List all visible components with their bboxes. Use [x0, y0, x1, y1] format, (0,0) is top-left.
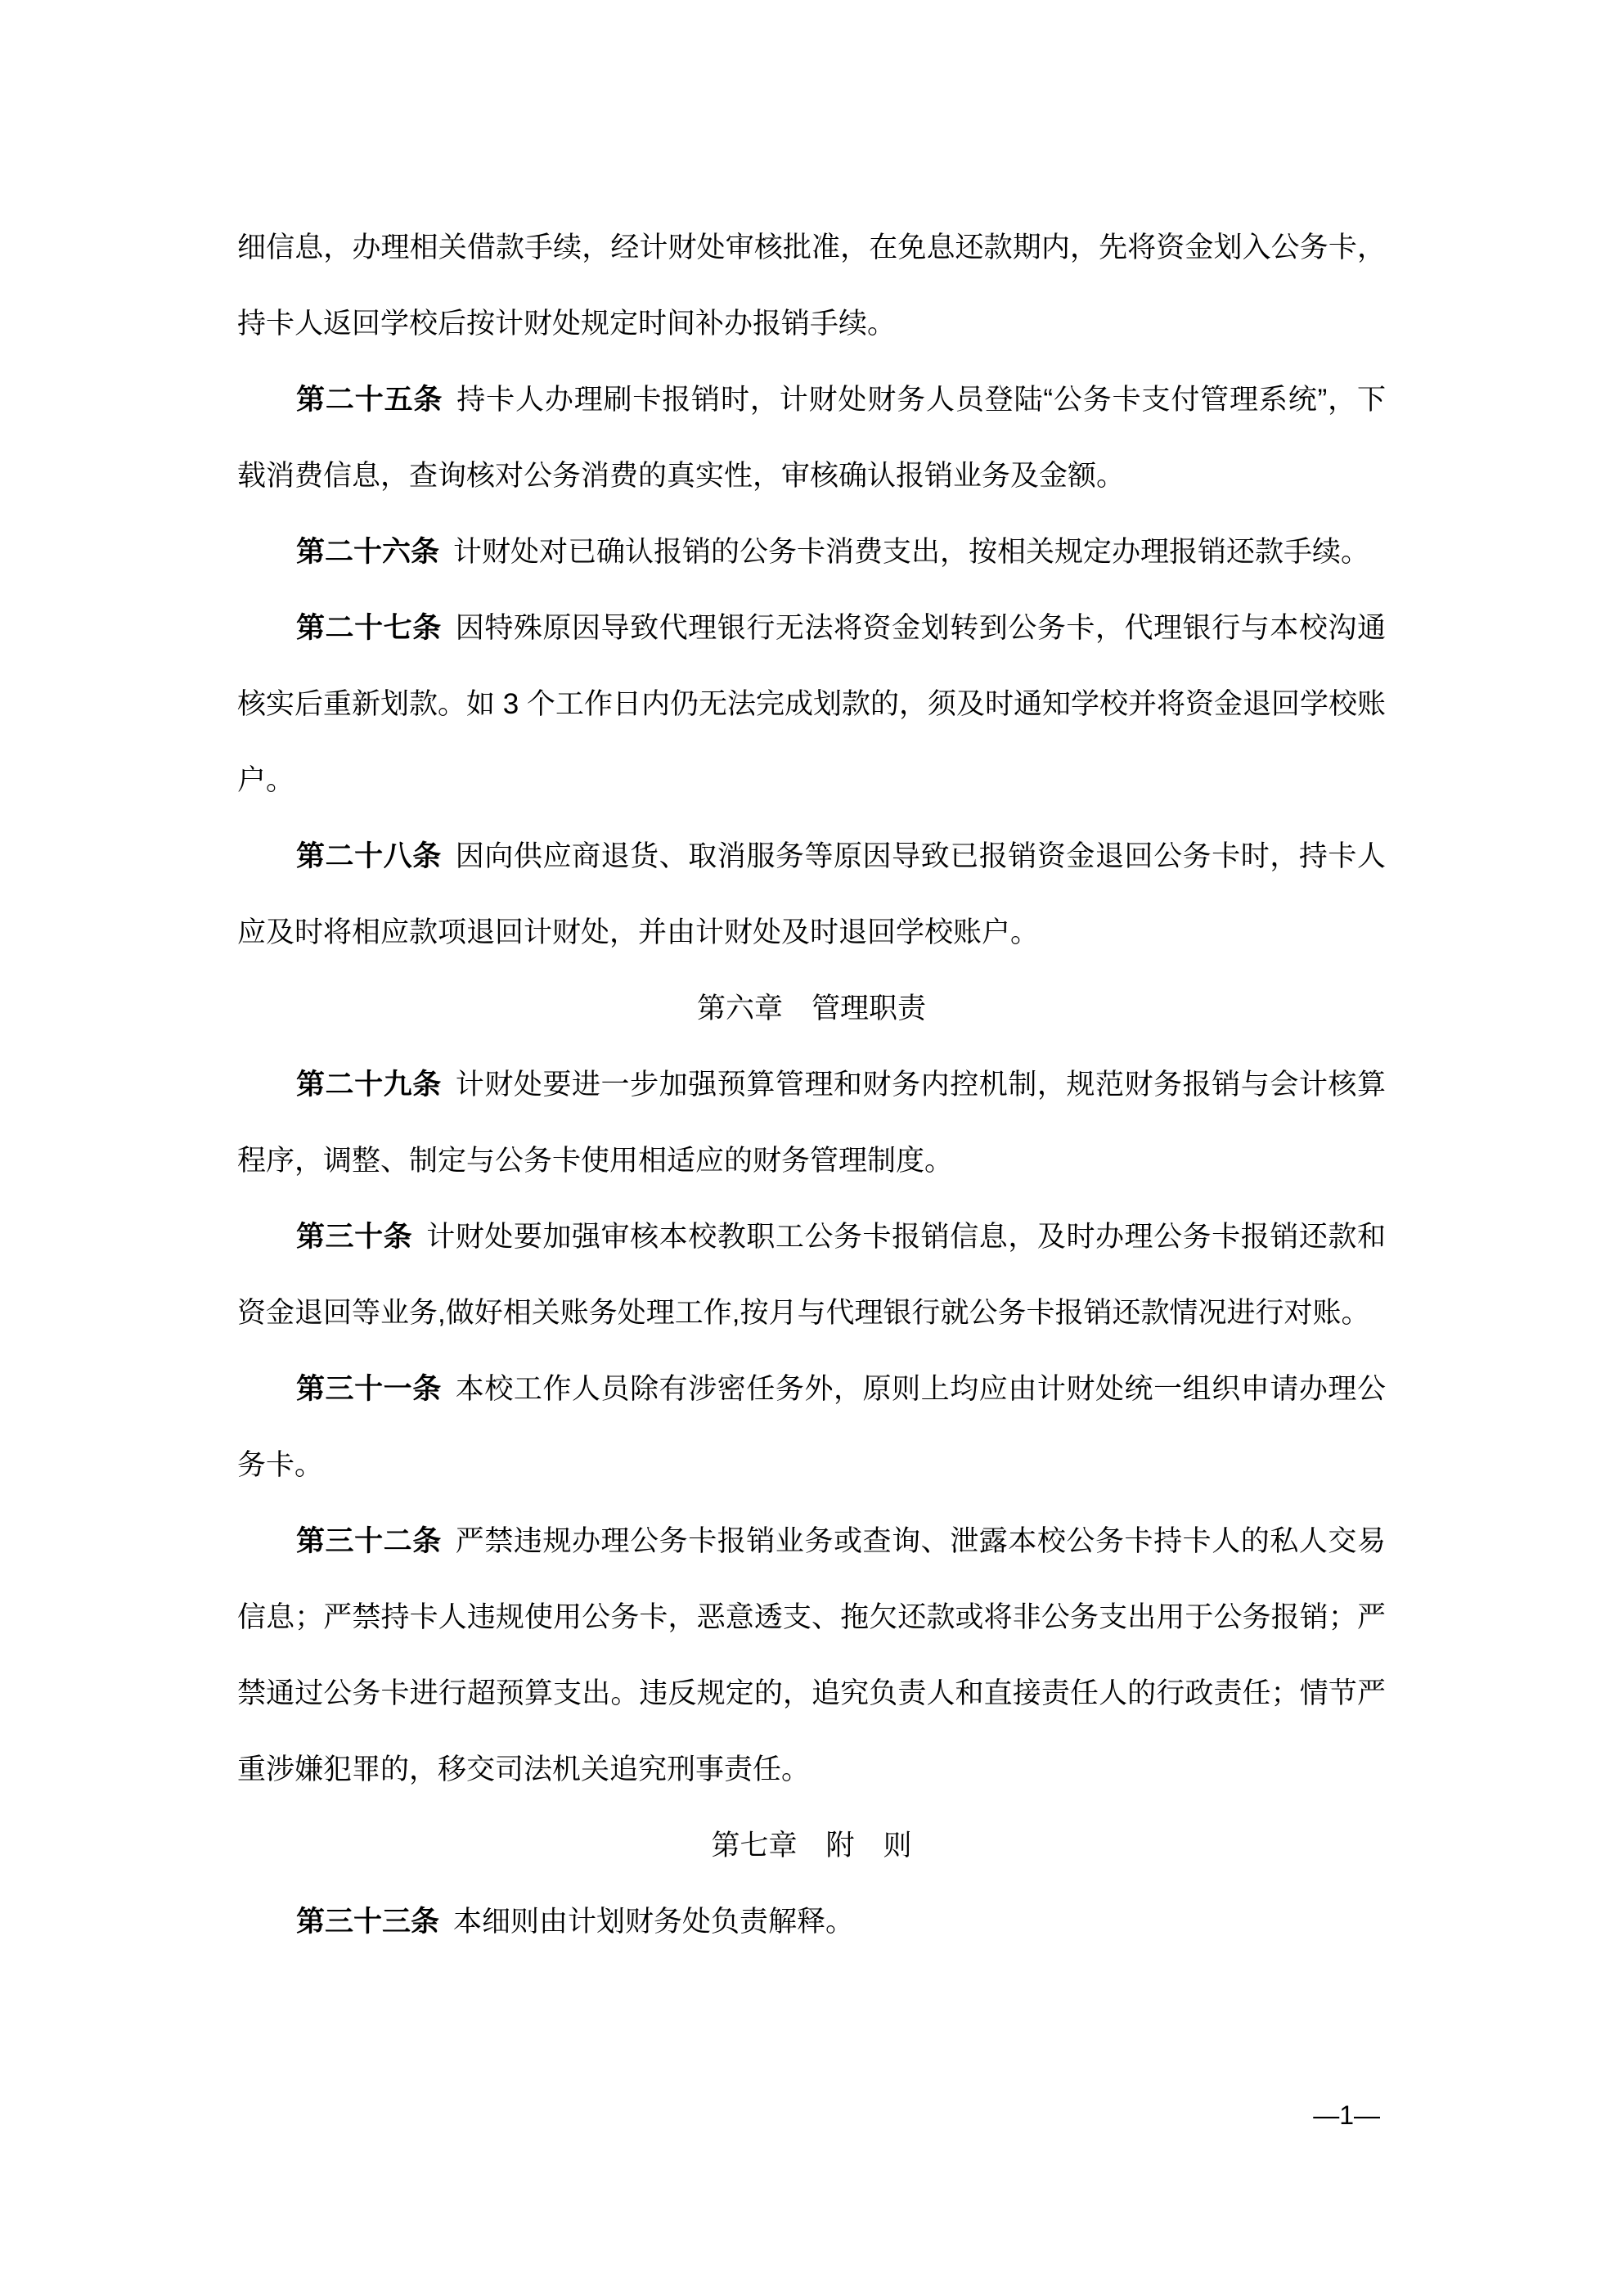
page-number-text: —1— [1313, 2100, 1380, 2130]
article-number: 第三十条 [296, 1221, 412, 1253]
article-paragraph: 第三十一条本校工作人员除有涉密任务外，原则上均应由计财处统一组织申请办理公务卡。 [237, 1351, 1386, 1503]
article-number: 第二十六条 [296, 536, 439, 568]
article-number: 第二十八条 [296, 840, 442, 872]
document-page: 细信息，办理相关借款手续，经计财处审核批准，在免息还款期内，先将资金划入公务卡，… [0, 0, 1623, 2296]
article-text: 本细则由计划财务处负责解释。 [453, 1906, 854, 1938]
article-paragraph: 第三十二条严禁违规办理公务卡报销业务或查询、泄露本校公务卡持卡人的私人交易信息；… [237, 1503, 1386, 1808]
article-paragraph: 第二十八条因向供应商退货、取消服务等原因导致已报销资金退回公务卡时，持卡人应及时… [237, 818, 1386, 970]
article-number: 第二十九条 [296, 1069, 442, 1101]
article-paragraph: 第二十六条计财处对已确认报销的公务卡消费支出，按相关规定办理报销还款手续。 [237, 514, 1386, 590]
page-number: —1— [1313, 2100, 1380, 2131]
continuation-paragraph: 细信息，办理相关借款手续，经计财处审核批准，在免息还款期内，先将资金划入公务卡，… [237, 209, 1386, 362]
document-body: 细信息，办理相关借款手续，经计财处审核批准，在免息还款期内，先将资金划入公务卡，… [237, 209, 1386, 1960]
article-paragraph: 第二十五条持卡人办理刷卡报销时，计财处财务人员登陆“公务卡支付管理系统”，下载消… [237, 362, 1386, 514]
article-text: 严禁违规办理公务卡报销业务或查询、泄露本校公务卡持卡人的私人交易信息；严禁持卡人… [237, 1525, 1386, 1785]
article-number: 第二十七条 [296, 612, 442, 644]
chapter-heading: 第六章 管理职责 [237, 970, 1386, 1047]
article-number: 第三十三条 [296, 1906, 439, 1938]
article-paragraph: 第三十三条本细则由计划财务处负责解释。 [237, 1884, 1386, 1960]
article-paragraph: 第三十条计财处要加强审核本校教职工公务卡报销信息，及时办理公务卡报销还款和资金退… [237, 1199, 1386, 1351]
article-number: 第三十一条 [296, 1373, 442, 1405]
article-number: 第三十二条 [296, 1525, 442, 1557]
article-paragraph: 第二十九条计财处要进一步加强预算管理和财务内控机制，规范财务报销与会计核算程序，… [237, 1047, 1386, 1199]
article-number: 第二十五条 [296, 384, 443, 416]
article-paragraph: 第二十七条因特殊原因导致代理银行无法将资金划转到公务卡，代理银行与本校沟通核实后… [237, 590, 1386, 818]
article-text: 计财处对已确认报销的公务卡消费支出，按相关规定办理报销还款手续。 [453, 536, 1369, 568]
chapter-heading: 第七章 附 则 [237, 1808, 1386, 1884]
